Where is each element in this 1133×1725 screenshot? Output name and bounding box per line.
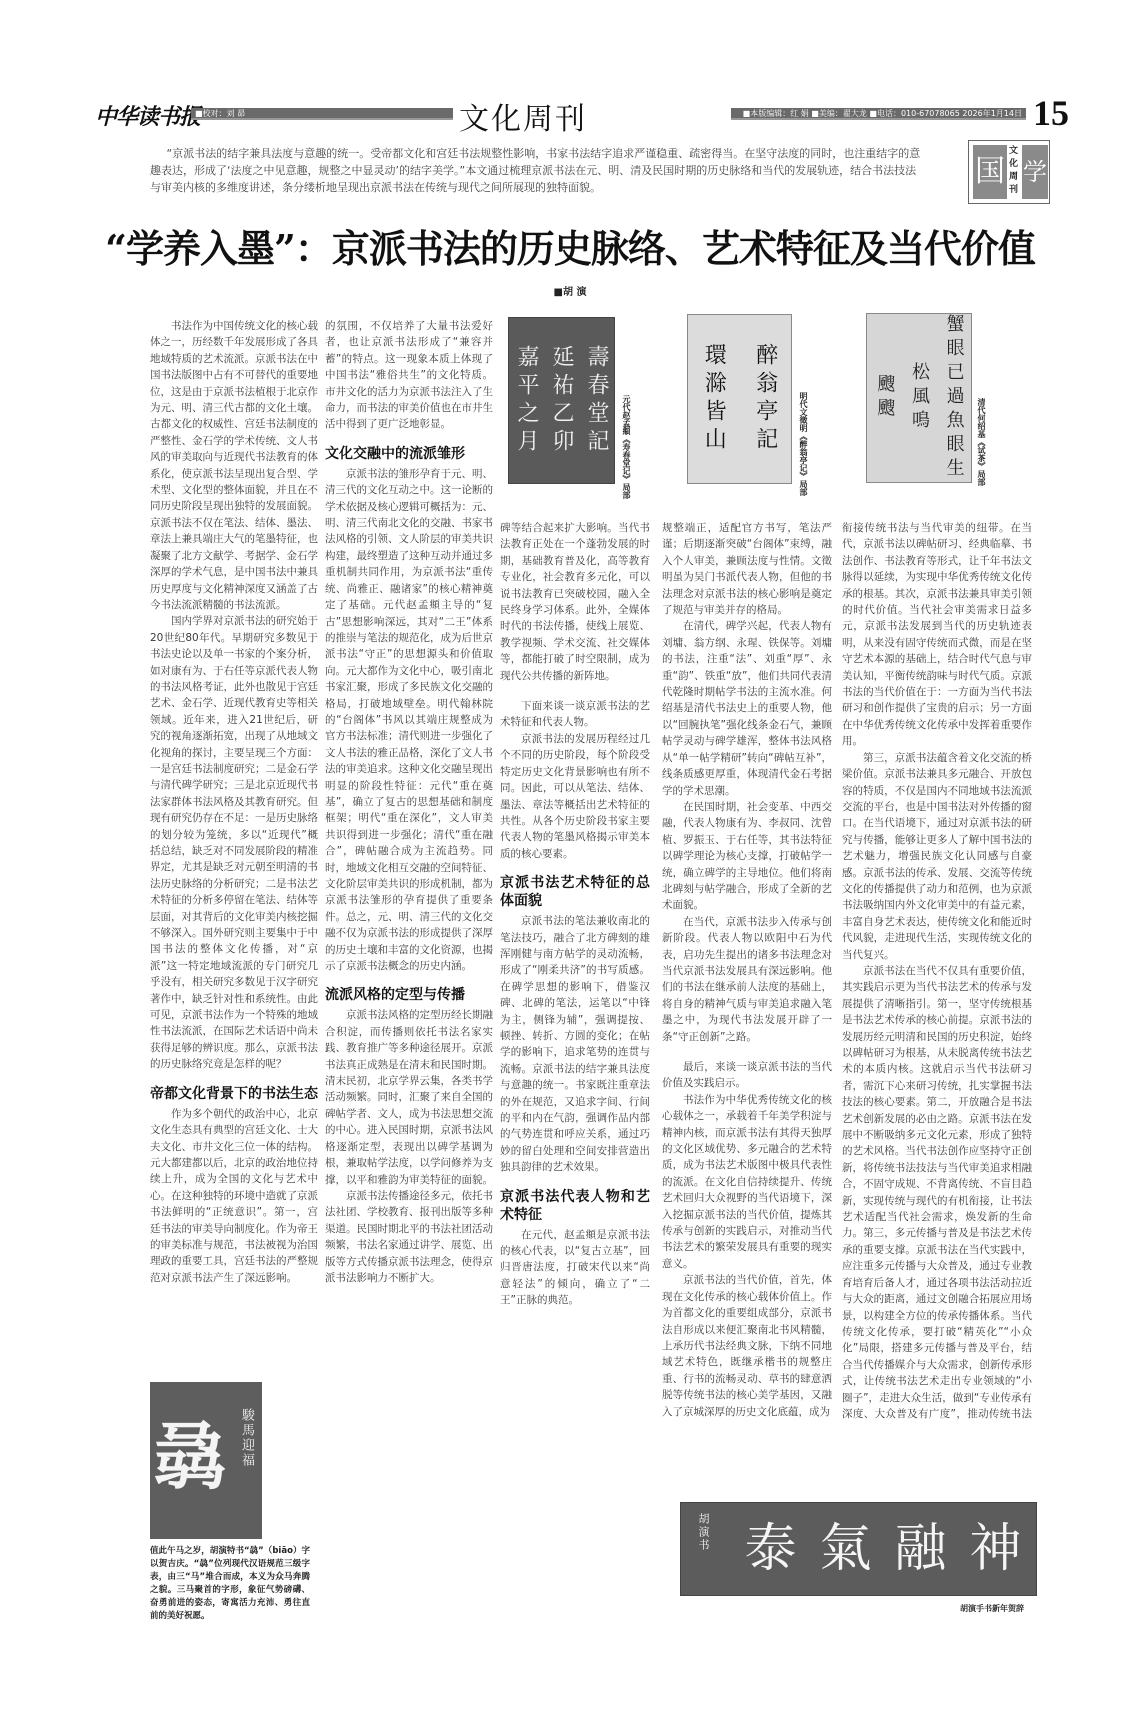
calligraphy-column: 颼颼	[871, 374, 897, 422]
calligraphy-column: 環滁皆山	[698, 343, 729, 455]
paragraph: 在清代，碑学兴起，代表人物有刘墉、翁方纲、永瑆、铁保等。刘墉的书法，注重“法”、…	[662, 618, 832, 798]
paragraph: 规整端正，适配官方书写，笔法严谨；后期逐渐突破“台阁体”束缚，融入个人审美，兼顾…	[662, 520, 832, 618]
image-caption: 清代何绍基《试茶》局部	[976, 398, 987, 486]
logo-char-xue: 学	[1022, 145, 1048, 199]
image-caption: 胡演手书新年贺辞	[960, 1603, 1024, 1614]
paragraph: 书法作为中华优秀传统文化的核心载体之一，承载着千年美学积淀与精神内核，而京派书法…	[662, 1092, 832, 1272]
paragraph: 国内学界对京派书法的研究始于20世纪80年代。早期研究多数见于书法史论以及单一书…	[150, 613, 318, 1072]
calligraphy-column: 醉翁亭記	[750, 343, 781, 455]
editor-info-bar: ■本版编辑：红 娟 ■美编：翟大龙 ■电话：010-67078065 2026年…	[731, 108, 1026, 120]
calligraphy-column: 嘉平之月	[511, 345, 542, 457]
paragraph: 最后，来谈一谈京派书法的当代价值及实践启示。	[662, 1059, 832, 1092]
article-column-2: 的氛围，不仅培养了大量书法爱好者，也让京派书法形成了“兼容并蓄”的特点。这一现象…	[325, 318, 493, 1608]
logo-subtitle: 文化周刊	[1009, 145, 1021, 197]
paragraph: 在当代，京派书法步入传承与创新阶段。代表人物以欧阳中石为代表，启功先生提出的诸多…	[662, 914, 832, 1045]
article-column-1: 书法作为中国传统文化的核心载体之一，历经数千年发展形成了各具地域特质的艺术流派。…	[150, 318, 318, 1363]
calligraphy-image-biao: 骉 駿馬迎福	[150, 1382, 262, 1539]
section-heading: 帝都文化背景下的书法生态	[150, 1085, 318, 1103]
article-column-3: 碑等结合起来扩大影响。当代书法教育正处在一个蓬勃发展的时期，基础教育普及化，高等…	[500, 520, 650, 1620]
horse-character: 骉	[154, 1402, 226, 1512]
calligraphy-column: 延祐乙卯	[546, 345, 577, 457]
paragraph: 书法作为中国传统文化的核心载体之一，历经数千年发展形成了各具地域特质的艺术流派。…	[150, 318, 318, 613]
paragraph: 碑等结合起来扩大影响。当代书法教育正处在一个蓬勃发展的时期，基础教育普及化，高等…	[500, 520, 650, 684]
banner-characters: 泰 氣 融 神	[733, 1511, 1033, 1587]
section-heading: 京派书法代表人物和艺术特征	[500, 1188, 650, 1224]
image-caption: 明代文徵明《醉翁亭记》局部	[798, 392, 809, 496]
calligraphy-column: 壽春堂記	[581, 345, 612, 457]
logo-char-guo: 国	[973, 145, 1007, 199]
banner-char: 融	[894, 1511, 946, 1587]
section-heading: 流派风格的定型与传播	[325, 986, 493, 1004]
image-caption: 值此午马之岁，胡演特书“骉”（biāo）字以贺吉庆。“骉”位列现代汉语规范三级字…	[150, 1545, 310, 1623]
paragraph: 京派书法的笔法兼收南北的笔法技巧，融合了北方碑刻的雄浑刚健与南方帖学的灵动流畅，…	[500, 913, 650, 1176]
section-title: 文化周刊	[459, 94, 587, 138]
article-byline: ■胡 演	[100, 283, 1040, 298]
paragraph: 作为多个朝代的政治中心，北京文化生态具有典型的宫廷文化、士大夫文化、市井文化三位…	[150, 1106, 318, 1286]
paragraph: 在民国时期，社会变革、中西交融，代表人物康有为、李叔同、沈曾植、罗振玉、于右任等…	[662, 799, 832, 914]
banner-signature: 胡演书	[695, 1513, 711, 1552]
calligraphy-column: 松風鳴	[906, 362, 932, 434]
proofreader-bar: ■校对：刘 昴	[191, 108, 453, 120]
paragraph: 的氛围，不仅培养了大量书法爱好者，也让京派书法形成了“兼容并蓄”的特点。这一现象…	[325, 318, 493, 433]
article-column-4: 规整端正，适配官方书写，笔法严谨；后期逐渐突破“台阁体”束缚，融入个人审美，兼顾…	[662, 520, 832, 1420]
calligraphy-banner-new-year: 胡演书 泰 氣 融 神	[680, 1502, 1037, 1596]
banner-char: 神	[969, 1511, 1021, 1587]
banner-char: 氣	[819, 1511, 871, 1587]
article-column-5: 衔接传统书法与当代审美的纽带。在当代，京派书法以碑帖研习、经典临摹、书法创作、书…	[842, 520, 1032, 1420]
calligraphy-image-he-shaoji: 蟹眼已過魚眼生 松風鳴 颼颼	[866, 313, 972, 483]
guoxue-column-logo: 国 文化周刊 学	[968, 140, 1050, 204]
calligraphy-image-zhao-mengfu: 壽春堂記 延祐乙卯 嘉平之月	[508, 317, 615, 484]
paragraph: 衔接传统书法与当代审美的纽带。在当代，京派书法以碑帖研习、经典临摹、书法创作、书…	[842, 520, 1032, 750]
paragraph: 京派书法的当代价值，首先，体现在文化传承的核心载体价值上。作为首都文化的重要组成…	[662, 1272, 832, 1420]
banner-char: 泰	[744, 1511, 796, 1587]
horse-inscription: 駿馬迎福	[237, 1408, 256, 1468]
calligraphy-image-wen-zhengming: 醉翁亭記 環滁皆山	[687, 314, 792, 484]
intro-paragraph: “京派书法的结字兼具法度与意趣的统一。受帝都文化和宫廷书法规整性影响，书家书法结…	[150, 145, 925, 196]
page-number: 15	[1033, 92, 1069, 134]
image-caption: 元代赵孟頫《寿春堂记》局部	[621, 395, 632, 499]
paragraph: 京派书法传播途径多元，依托书法社团、学校教育、报刊出版等多种渠道。民国时期北平的…	[325, 1188, 493, 1286]
paragraph: 下面来谈一谈京派书法的艺术特征和代表人物。	[500, 698, 650, 731]
paragraph: 京派书法在当代不仅具有重要价值，其实践启示更为当代书法艺术的传承与发展提供了清晰…	[842, 963, 1032, 1420]
paragraph: 京派书法的发展历程经过几个不同的历史阶段，每个阶段受特定历史文化背景影响也有所不…	[500, 731, 650, 862]
calligraphy-column: 蟹眼已過魚眼生	[941, 314, 967, 482]
paragraph: 京派书法的雏形孕育于元、明、清三代的文化互动之中。这一论断的学术依据及核心逻辑可…	[325, 466, 493, 975]
masthead: 中华读书报 ■校对：刘 昴 文化周刊 ■本版编辑：红 娟 ■美编：翟大龙 ■电话…	[95, 100, 1055, 140]
paper-name-logo: 中华读书报	[95, 100, 200, 131]
article-headline: “学养入墨”：京派书法的历史脉络、艺术特征及当代价值	[100, 218, 1040, 273]
paragraph: 在元代，赵孟頫是京派书法的核心代表，以“复古立基”，回归晋唐法度，打破宋代以来“…	[500, 1227, 650, 1309]
paragraph: 京派书法风格的定型历经长期融合积淀，而传播则依托书法名家实践、教育推广等多种途径…	[325, 1007, 493, 1187]
section-heading: 文化交融中的流派雏形	[325, 445, 493, 463]
paragraph: 第三，京派书法蕴含着文化交流的桥梁价值。京派书法兼具多元融合、开放包容的特质，不…	[842, 750, 1032, 963]
section-heading: 京派书法艺术特征的总体面貌	[500, 874, 650, 910]
